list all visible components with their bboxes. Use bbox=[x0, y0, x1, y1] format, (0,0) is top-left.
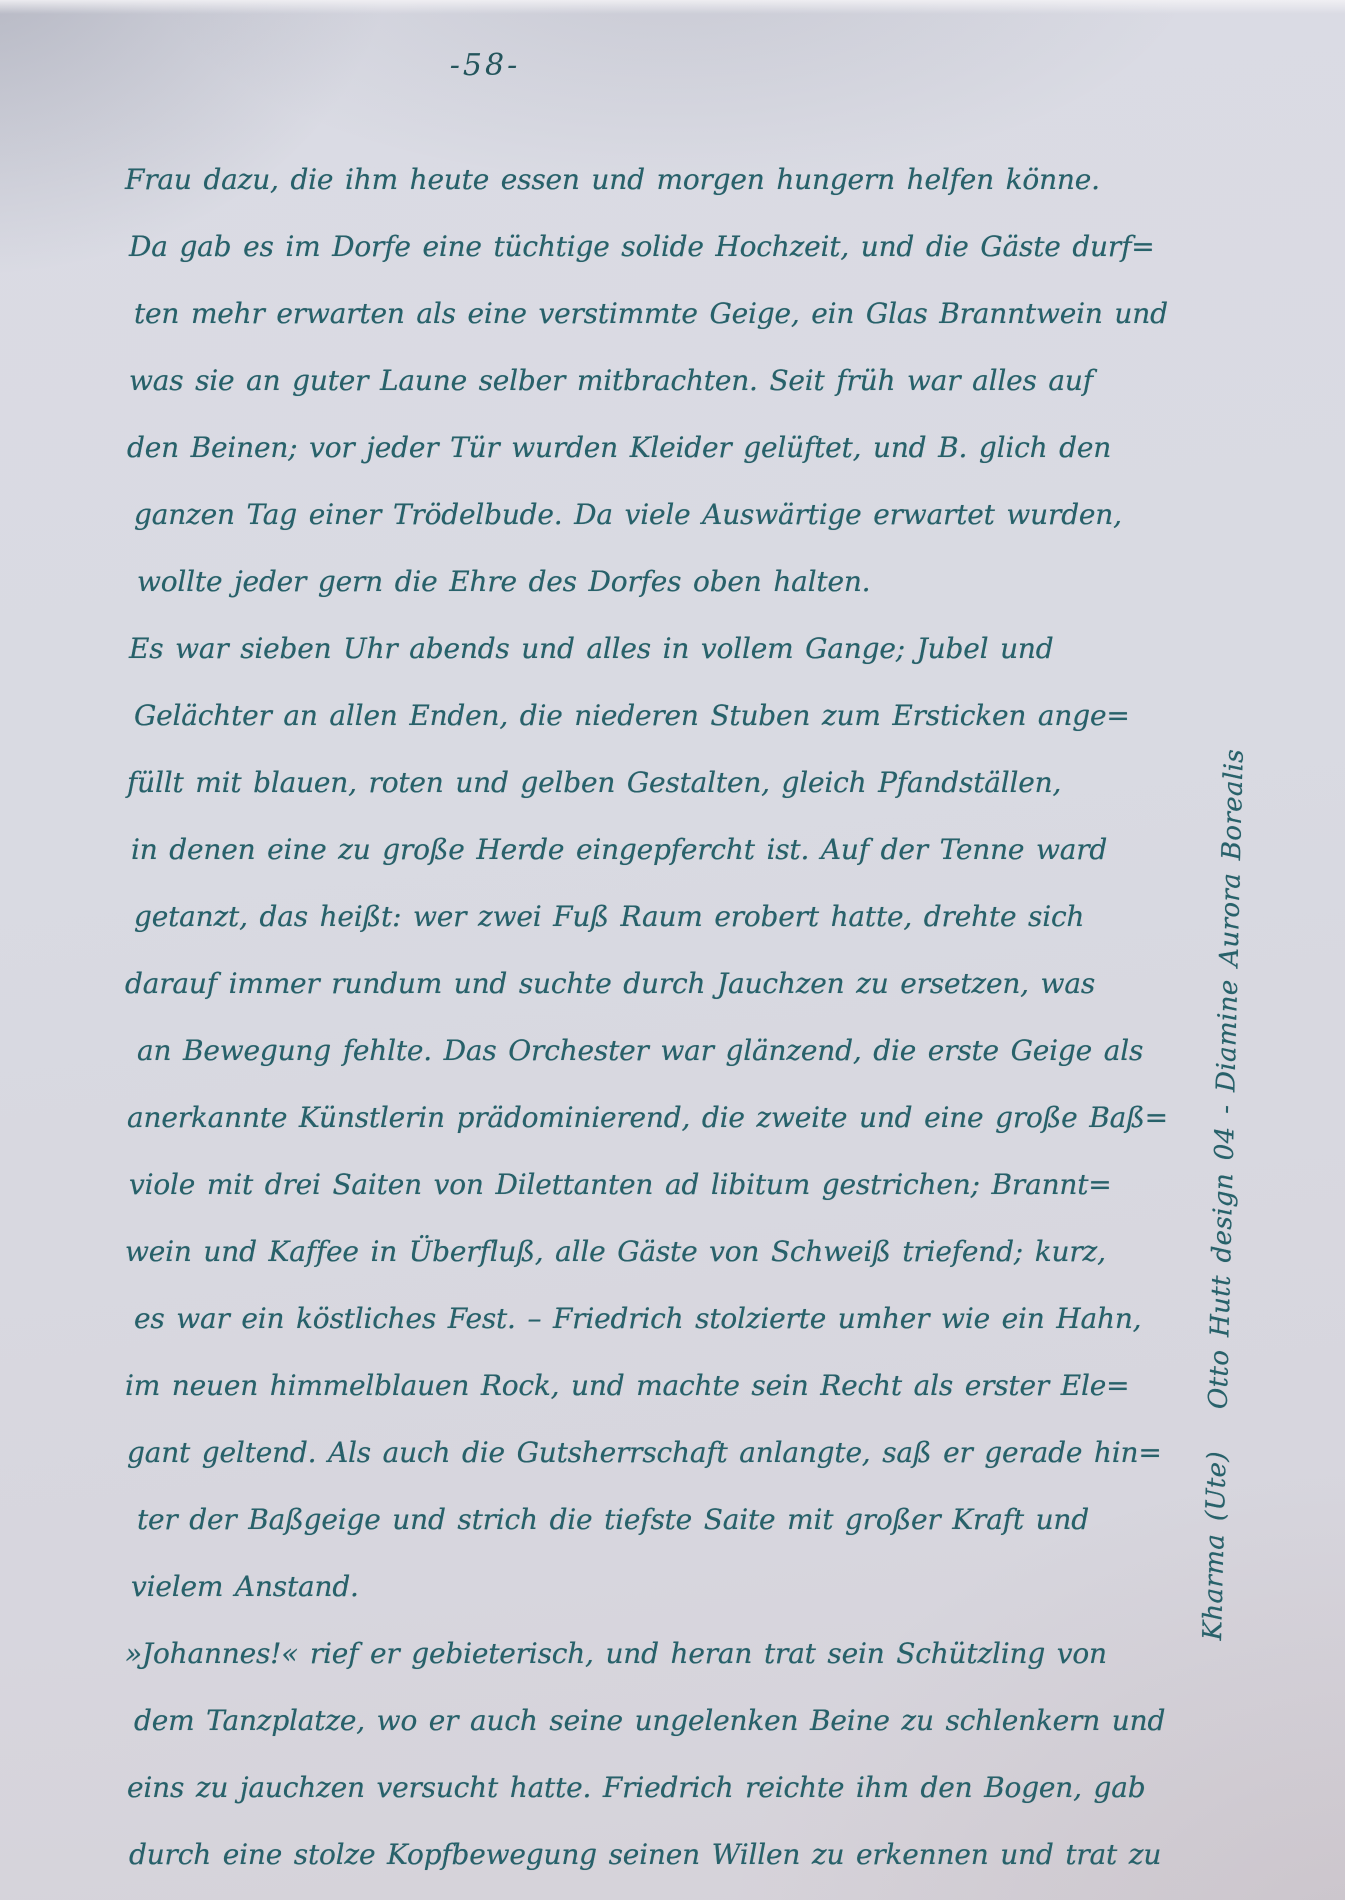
manuscript-line: getanzt, das heißt: wer zwei Fuß Raum er… bbox=[134, 883, 1215, 950]
manuscript-text: Frau dazu, die ihm heute essen und morge… bbox=[125, 146, 1215, 1888]
manuscript-line: in denen eine zu große Herde eingepferch… bbox=[131, 816, 1215, 883]
manuscript-line: im neuen himmelblauen Rock, und machte s… bbox=[125, 1352, 1215, 1419]
manuscript-line: Frau dazu, die ihm heute essen und morge… bbox=[125, 146, 1215, 213]
manuscript-line: durch eine stolze Kopfbewegung seinen Wi… bbox=[129, 1821, 1215, 1888]
manuscript-line: dem Tanzplatze, wo er auch seine ungelen… bbox=[134, 1687, 1215, 1754]
manuscript-page: -58- Frau dazu, die ihm heute essen und … bbox=[0, 0, 1345, 1900]
manuscript-line: an Bewegung fehlte. Das Orchester war gl… bbox=[137, 1017, 1215, 1084]
manuscript-line: was sie an guter Laune selber mitbrachte… bbox=[129, 347, 1215, 414]
manuscript-line: wein und Kaffee in Überfluß, alle Gäste … bbox=[125, 1218, 1215, 1285]
manuscript-line: gant geltend. Als auch die Gutsherrschaf… bbox=[127, 1419, 1215, 1486]
manuscript-line: es war ein köstliches Fest. – Friedrich … bbox=[134, 1285, 1215, 1352]
margin-note-writer: Kharma (Ute) bbox=[1198, 1451, 1233, 1641]
manuscript-line: vielem Anstand. bbox=[131, 1553, 1215, 1620]
manuscript-line: ten mehr erwarten als eine verstimmte Ge… bbox=[134, 280, 1215, 347]
manuscript-line: Es war sieben Uhr abends und alles in vo… bbox=[129, 615, 1215, 682]
manuscript-line: anerkannte Künstlerin prädominierend, di… bbox=[127, 1084, 1215, 1151]
manuscript-line: »Johannes!« rief er gebieterisch, und he… bbox=[125, 1620, 1215, 1687]
manuscript-line: darauf immer rundum und suchte durch Jau… bbox=[125, 950, 1215, 1017]
paper-top-edge bbox=[0, 0, 1345, 14]
manuscript-line: Gelächter an allen Enden, die niederen S… bbox=[134, 682, 1215, 749]
page-number: -58- bbox=[0, 48, 970, 83]
manuscript-line: Da gab es im Dorfe eine tüchtige solide … bbox=[129, 213, 1215, 280]
manuscript-line: viole mit drei Saiten von Dilettanten ad… bbox=[129, 1151, 1215, 1218]
manuscript-line: wollte jeder gern die Ehre des Dorfes ob… bbox=[137, 548, 1215, 615]
manuscript-line: ganzen Tag einer Trödelbude. Da viele Au… bbox=[134, 481, 1215, 548]
manuscript-line: den Beinen; vor jeder Tür wurden Kleider… bbox=[127, 414, 1215, 481]
manuscript-line: ter der Baßgeige und strich die tiefste … bbox=[137, 1486, 1215, 1553]
manuscript-line: eins zu jauchzen versucht hatte. Friedri… bbox=[127, 1754, 1215, 1821]
manuscript-line: füllt mit blauen, roten und gelben Gesta… bbox=[127, 749, 1215, 816]
